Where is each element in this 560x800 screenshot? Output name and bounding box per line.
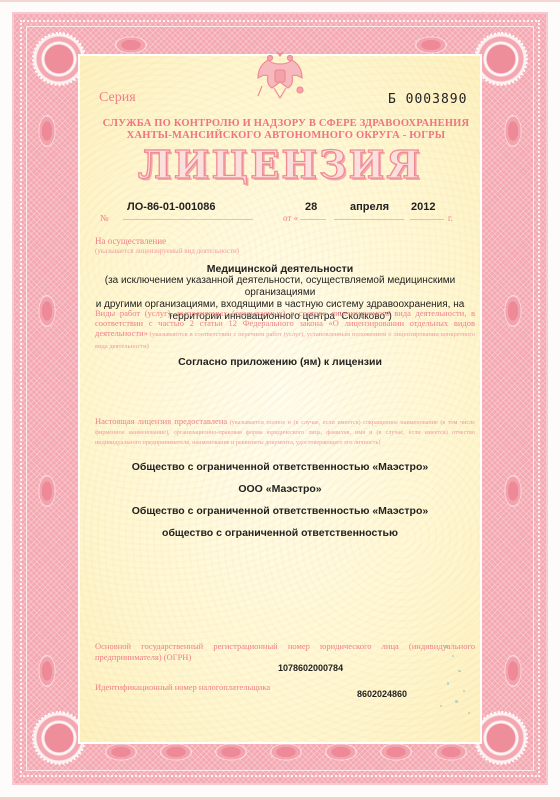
date-day: 28 bbox=[305, 201, 317, 213]
organization-names: Общество с ограниченной ответственностью… bbox=[80, 460, 480, 548]
rosette-icon bbox=[324, 743, 358, 761]
agency-line-2: ХАНТЫ-МАНСИЙСКОГО АВТОНОМНОГО ОКРУГА - Ю… bbox=[92, 130, 480, 142]
inn-value: 8602024860 bbox=[357, 689, 407, 699]
license-number: ЛО-86-01-001086 bbox=[127, 201, 257, 213]
number-sign: № bbox=[100, 213, 109, 223]
inn-label: Идентификационный номер налогоплательщик… bbox=[95, 682, 270, 692]
works-statement: Виды работ (услуг), выполняемых (оказыва… bbox=[95, 308, 475, 352]
activity-hint: (указывается лицензируемый вид деятельно… bbox=[95, 247, 239, 255]
rosette-icon bbox=[269, 743, 303, 761]
rosette-icon bbox=[114, 36, 148, 54]
granted-label: Настоящая лицензия предоставлена bbox=[95, 416, 227, 426]
ogrn-label: Основной государственный регистрационный… bbox=[95, 641, 475, 663]
date-month: апреля bbox=[350, 201, 389, 213]
document-title: ЛИЦЕНЗИЯ bbox=[80, 142, 480, 187]
date-year: 2012 bbox=[411, 201, 435, 213]
rosette-icon bbox=[504, 474, 522, 508]
date-prefix: от « bbox=[283, 213, 298, 223]
org-legal-form: общество с ограниченной ответственностью bbox=[80, 526, 480, 548]
annex-reference: Согласно приложению (ям) к лицензии bbox=[80, 356, 480, 368]
year-underline bbox=[410, 219, 444, 220]
activity-desc-line-1: (за исключением указанной деятельности, … bbox=[78, 275, 482, 299]
series-number: Б 0003890 bbox=[388, 92, 467, 107]
rosette-icon bbox=[104, 743, 138, 761]
number-underline bbox=[123, 219, 253, 220]
issuing-agency: СЛУЖБА ПО КОНТРОЛЮ И НАДЗОРУ В СФЕРЕ ЗДР… bbox=[92, 118, 480, 142]
rosette-icon bbox=[38, 294, 56, 328]
org-full-name: Общество с ограниченной ответственностью… bbox=[80, 460, 480, 482]
series-label: Серия bbox=[99, 90, 136, 106]
rosette-icon bbox=[159, 743, 193, 761]
rosette-icon bbox=[38, 474, 56, 508]
coat-of-arms-icon bbox=[254, 50, 306, 106]
rosette-icon bbox=[504, 294, 522, 328]
activity-label: На осуществление bbox=[95, 236, 166, 246]
works-hint: (указываются в соответствии с перечнем р… bbox=[95, 331, 475, 350]
org-brand-name: Общество с ограниченной ответственностью… bbox=[80, 504, 480, 526]
rosette-icon bbox=[214, 743, 248, 761]
rosette-icon bbox=[504, 114, 522, 148]
day-underline bbox=[300, 219, 326, 220]
granted-statement: Настоящая лицензия предоставлена (указыв… bbox=[95, 417, 475, 447]
year-suffix: г. bbox=[448, 213, 453, 223]
ogrn-value: 1078602000784 bbox=[278, 663, 343, 673]
rosette-icon bbox=[414, 36, 448, 54]
rosette-icon bbox=[38, 654, 56, 688]
rosette-icon bbox=[434, 743, 468, 761]
rosette-icon bbox=[504, 654, 522, 688]
activity-title: Медицинской деятельности bbox=[80, 263, 480, 275]
org-short-name: ООО «Маэстро» bbox=[80, 482, 480, 504]
rosette-icon bbox=[38, 114, 56, 148]
rosette-icon bbox=[379, 743, 413, 761]
month-underline bbox=[334, 219, 404, 220]
agency-line-1: СЛУЖБА ПО КОНТРОЛЮ И НАДЗОРУ В СФЕРЕ ЗДР… bbox=[92, 118, 480, 130]
